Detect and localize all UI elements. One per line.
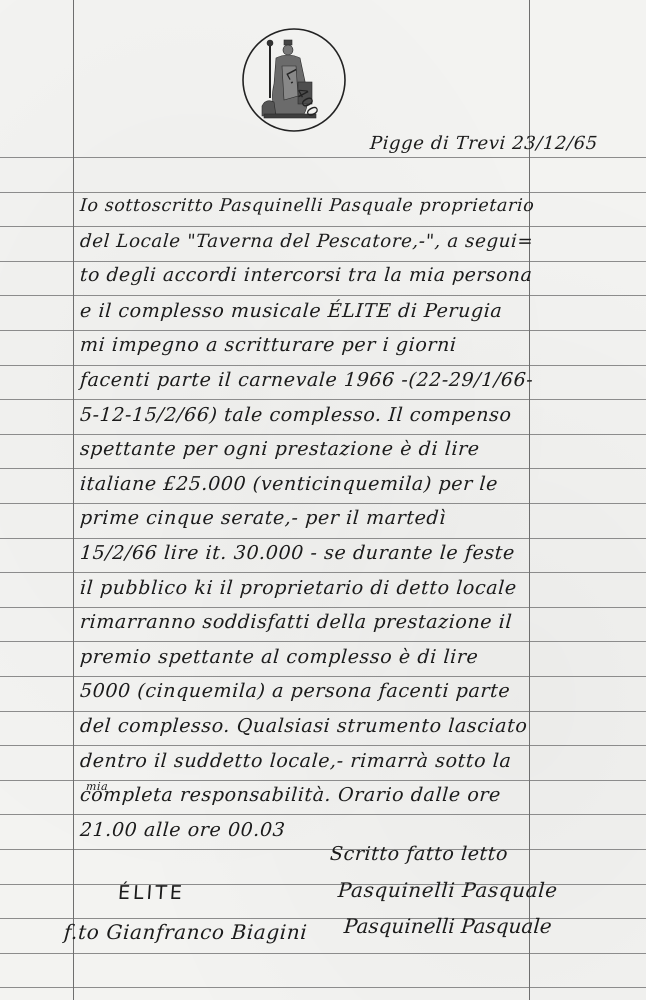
contract-line: del Locale "Taverna del Pescatore,-", a … xyxy=(79,231,530,252)
insert-correction-note: mia xyxy=(86,780,109,793)
contract-line: to degli accordi intercorsi tra la mia p… xyxy=(79,265,530,286)
contract-line: 5-12-15/2/66) tale complesso. Il compens… xyxy=(79,404,531,426)
contract-line: del complesso. Qualsiasi strumento lasci… xyxy=(79,715,531,737)
ruled-line xyxy=(0,607,646,608)
ruled-line xyxy=(0,468,646,469)
ruled-line xyxy=(0,399,646,400)
contract-line: rimarranno soddisfatti della prestazione… xyxy=(79,611,531,633)
contract-line: premio spettante al complesso è di lire xyxy=(79,646,531,668)
revenue-stamp: L. 400 xyxy=(240,26,348,134)
ruled-line xyxy=(0,711,646,712)
ruled-line xyxy=(0,538,646,539)
contract-line: e il complesso musicale ÉLITE di Perugia xyxy=(79,300,531,322)
contract-line: completa responsabilità. Orario dalle or… xyxy=(79,784,531,806)
contract-line: 21.00 alle ore 00.03 xyxy=(79,819,531,841)
contract-line: prime cinque serate,- per il martedì xyxy=(79,507,531,529)
ruled-line xyxy=(0,330,646,331)
contract-line: mi impegno a scritturare per i giorni xyxy=(79,334,531,356)
ruled-line xyxy=(0,295,646,296)
contract-line: italiane £25.000 (venticinquemila) per l… xyxy=(79,473,531,495)
owner-signature: Pasquinelli Pasquale xyxy=(343,914,552,938)
contract-line: spettante per ogni prestazione è di lire xyxy=(79,438,531,460)
ruled-line xyxy=(0,814,646,815)
ruled-line xyxy=(0,953,646,954)
contract-line: Io sottoscritto Pasquinelli Pasquale pro… xyxy=(79,196,530,216)
ruled-line xyxy=(0,745,646,746)
ruled-line xyxy=(0,676,646,677)
closing-formula: Scritto fatto letto xyxy=(329,843,509,865)
ruled-line xyxy=(0,572,646,573)
ruled-line xyxy=(0,157,646,158)
band-signature: f.to Gianfranco Biagini xyxy=(63,920,308,944)
contract-line: dentro il suddetto locale,- rimarrà sott… xyxy=(79,750,531,772)
ruled-line xyxy=(0,226,646,227)
band-name: ÉLITE xyxy=(117,882,185,904)
ruled-line xyxy=(0,365,646,366)
contract-line: il pubblico ki il proprietario di detto … xyxy=(79,577,531,599)
ruled-line xyxy=(0,987,646,988)
place-date: Pigge di Trevi 23/12/65 xyxy=(369,133,598,154)
ruled-line xyxy=(0,849,646,850)
owner-name: Pasquinelli Pasquale xyxy=(337,878,558,902)
left-margin-line xyxy=(73,0,74,1000)
contract-line: 15/2/66 lire it. 30.000 - se durante le … xyxy=(79,542,531,564)
ruled-line xyxy=(0,641,646,642)
ruled-line xyxy=(0,434,646,435)
ruled-line xyxy=(0,261,646,262)
contract-line: facenti parte il carnevale 1966 -(22-29/… xyxy=(79,369,531,391)
ruled-line xyxy=(0,503,646,504)
ruled-line xyxy=(0,192,646,193)
handwritten-contract-page: L. 400 Pigge di Trevi 23/12/65 Io sottos… xyxy=(0,0,646,1000)
contract-line: 5000 (cinquemila) a persona facenti part… xyxy=(79,680,531,702)
